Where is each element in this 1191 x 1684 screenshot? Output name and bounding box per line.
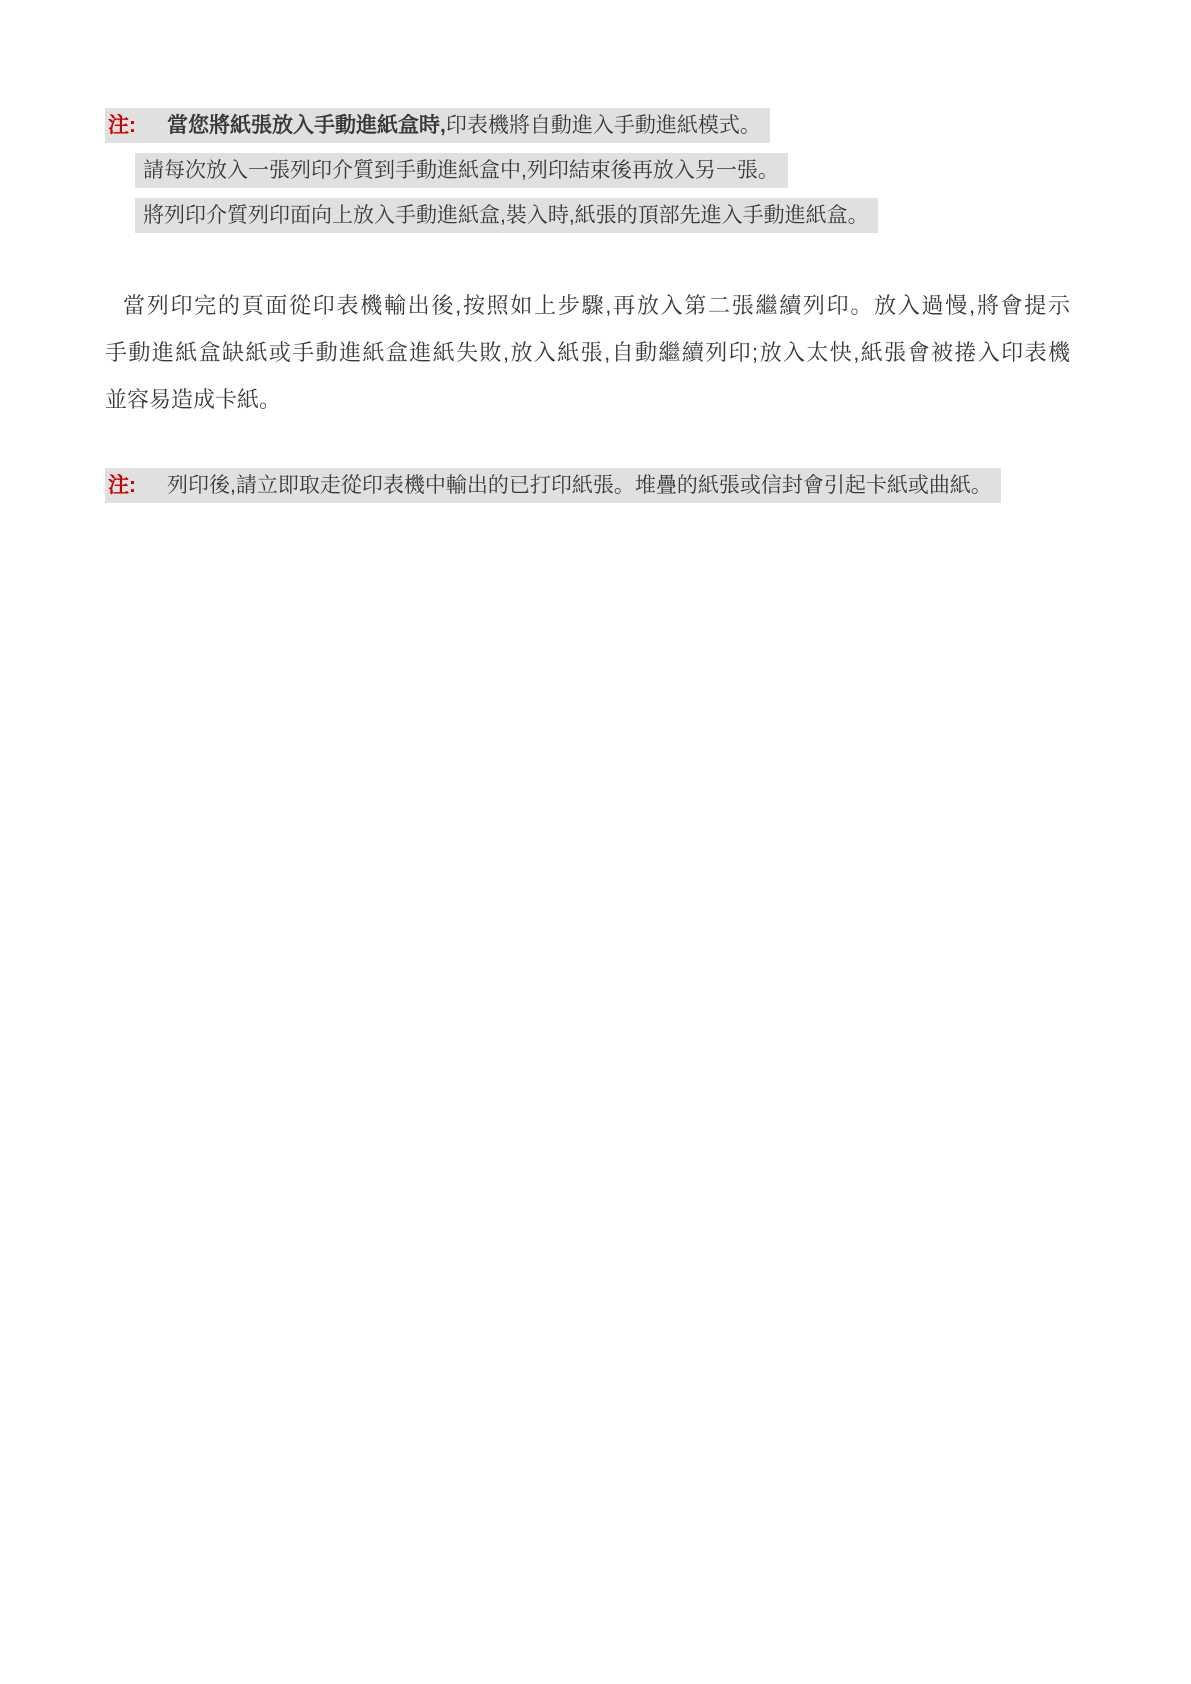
note-block-manual-feed: 注:當您將紙張放入手動進紙盒時,印表機將自動進入手動進紙模式。 請每次放入一張列…: [105, 108, 878, 243]
paragraph-line: 手動進紙盒缺紙或手動進紙盒進紙失敗,放入紙張,自動繼續列印;放入太快,紙張會被捲…: [105, 329, 1070, 376]
note-text: 將列印介質列印面向上放入手動進紙盒,裝入時,紙張的頂部先進入手動進紙盒。: [143, 204, 869, 227]
note-label: 注:: [108, 468, 136, 503]
paragraph-line: 並容易造成卡紙。: [105, 376, 1070, 423]
note-label: 注:: [108, 108, 136, 143]
note-text: 列印後,請立即取走從印表機中輸出的已打印紙張。堆疊的紙張或信封會引起卡紙或曲紙。: [167, 474, 992, 497]
note-line: 請每次放入一張列印介質到手動進紙盒中,列印結束後再放入另一張。: [135, 153, 788, 188]
paragraph-line: 當列印完的頁面從印表機輸出後,按照如上步驟,再放入第二張繼續列印。放入過慢,將會…: [105, 282, 1070, 329]
note-text: 請每次放入一張列印介質到手動進紙盒中,列印結束後再放入另一張。: [143, 159, 779, 182]
note-line: 將列印介質列印面向上放入手動進紙盒,裝入時,紙張的頂部先進入手動進紙盒。: [135, 198, 878, 233]
document-page: 注:當您將紙張放入手動進紙盒時,印表機將自動進入手動進紙模式。 請每次放入一張列…: [0, 0, 1191, 1684]
note-text: 印表機將自動進入手動進紙模式。: [446, 114, 761, 137]
note-line: 注:列印後,請立即取走從印表機中輸出的已打印紙張。堆疊的紙張或信封會引起卡紙或曲…: [105, 468, 1001, 503]
note-line: 注:當您將紙張放入手動進紙盒時,印表機將自動進入手動進紙模式。: [105, 108, 770, 143]
note-block-remove-paper: 注:列印後,請立即取走從印表機中輸出的已打印紙張。堆疊的紙張或信封會引起卡紙或曲…: [105, 468, 1001, 513]
note-text-bold: 當您將紙張放入手動進紙盒時,: [167, 114, 446, 137]
body-paragraph: 當列印完的頁面從印表機輸出後,按照如上步驟,再放入第二張繼續列印。放入過慢,將會…: [105, 282, 1070, 423]
